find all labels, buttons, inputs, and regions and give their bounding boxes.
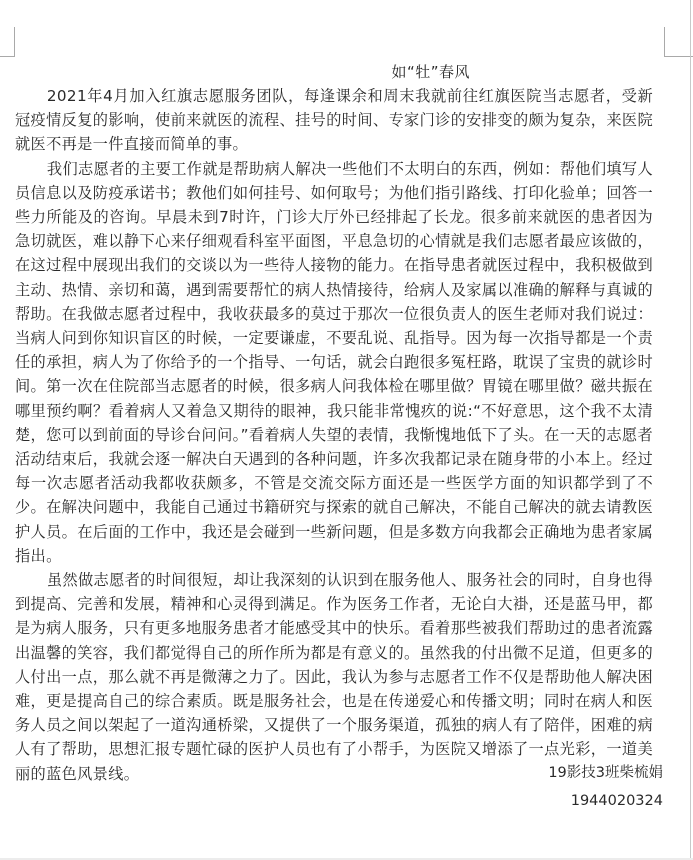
document-body: 2021年4月加入红旗志愿服务团队，每逢课余和周末我就前往红旗医院当志愿者，受新… [15,84,653,786]
signature-name: 19影技3班柴梳娟 [548,761,663,785]
crop-mark-top-left [0,27,15,57]
paragraph-1: 2021年4月加入红旗志愿服务团队，每逢课余和周末我就前往红旗医院当志愿者，受新… [15,84,653,157]
paragraph-2: 我们志愿者的主要工作就是帮助病人解决一些他们不太明白的东西，例如：帮他们填写人员… [15,157,653,568]
page-edge-right [690,0,691,860]
crop-mark-top-right [664,27,693,57]
paragraph-3: 虽然做志愿者的时间很短，却让我深刻的认识到在服务他人、服务社会的同时，自身也得到… [15,568,653,786]
document-page: 如“牡”春风 2021年4月加入红旗志愿服务团队，每逢课余和周末我就前往红旗医院… [0,0,693,860]
signature-student-id: 1944020324 [571,789,663,813]
document-title: 如“牡”春风 [0,60,470,84]
